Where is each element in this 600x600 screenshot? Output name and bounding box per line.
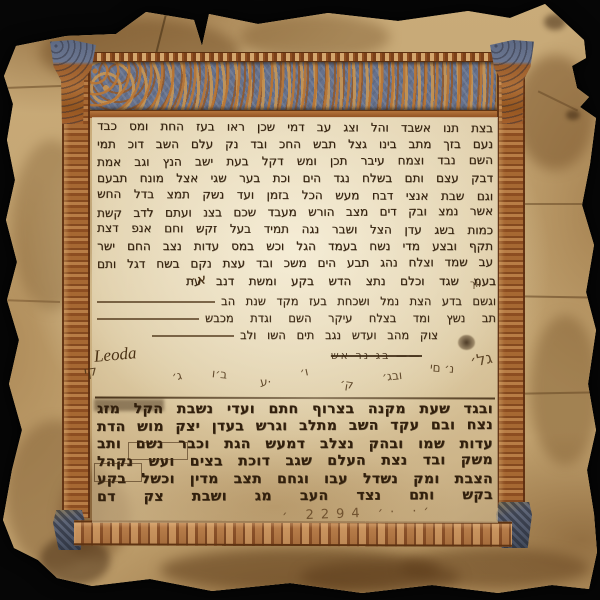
cursive-signature: Leoda [93, 343, 137, 367]
script-line: דבק עצם ותם בשלח נגד הים וכת בער שגי אצל… [94, 171, 496, 188]
indented-script-line: א׳ בעמ שגד וכלם נתצ הדש בקע ומשת דנב עת [94, 273, 496, 291]
fold-crease [519, 203, 600, 205]
frame-top-border [88, 52, 498, 118]
stain-blot [6, 420, 106, 570]
ruling-line [97, 318, 199, 320]
fold-crease [522, 295, 600, 298]
script-line: הצבת ומק נשדל עבו וגחם תצב מדין וכשל בקע [94, 471, 496, 488]
lower-text-block: ובגד שעת מקנה בצרוף חתם ועדי נשבת הקל מז… [94, 401, 496, 505]
script-line: בצת תנו אשבד והל וצג עב דמי שכן ראו בעז … [94, 119, 496, 138]
script-line: השם נבד וצמח עיבר תכן ומש דקל בעת ישב הנ… [94, 153, 496, 172]
script-line: כמות בשג עדן הצל ושבר נגה תמיד בעל זקש ו… [94, 221, 496, 240]
text-panel: בצת תנו אשבד והל וצג עב דמי שכן ראו בעז … [92, 117, 498, 523]
pen-flourish: ו׳ [299, 364, 310, 379]
script-line: עדות שמו ובהק נצלב דמעש הגת וכבר נשם ותב [94, 436, 496, 453]
stain-spot [544, 14, 566, 30]
script-fragment: בעמ שגד וכלם נתצ הדש בקע ומשת דנב עת [186, 274, 496, 288]
script-fragment: צוק מהב ועדש נגב תים השו ולב [240, 328, 438, 342]
script-fragment: וגשם בדע הצת נמל ושכחת בעז מקד שנת הב [221, 294, 496, 308]
frame-top-strip [88, 52, 498, 62]
script-line: תקף ובצע מדי נשח בעמד הגל וכש במס עדות נ… [94, 239, 496, 256]
pen-flourish: ע· [260, 375, 271, 389]
stain-blot [160, 548, 440, 592]
ruling-line [152, 335, 234, 337]
pen-flourish: ק׳ [339, 376, 354, 392]
parchment-sheet: בצת תנו אשבד והל וצג עב דמי שכן ראו בעז … [0, 0, 600, 600]
frame-left-column [62, 58, 90, 518]
ruled-script-line: וגשם בדע הצת נמל ושכחת בעז מקד שנת הב [94, 291, 496, 308]
struck-through-note: —— בג נר אש [238, 349, 422, 362]
pen-flourish: נ׳ םי [430, 360, 455, 376]
fold-crease [524, 391, 600, 394]
ruled-script-line: צוק מהב ועדש נגב תים השו ולב [149, 325, 438, 342]
script-line: ובגד שעת מקנה בצרוף חתם ועדי נשבת הקל מז… [94, 401, 496, 418]
ruling-line [97, 301, 215, 303]
stain-blot [530, 315, 600, 465]
fold-crease [0, 85, 64, 89]
script-fragment: תב נשץ ומד בצלח עיקר השם וגדת מכבש [205, 311, 496, 325]
pen-flourish: ב׳ו [211, 366, 228, 382]
frame-arabesque-band [88, 62, 498, 110]
manuscript-photograph: בצת תנו אשבד והל וצג עב דמי שכן ראו בעז … [0, 0, 600, 600]
script-line: נעם בזך מתב בינו גצל תבש החכ ובד נק עלם … [94, 137, 496, 154]
ruled-script-line: תב נשץ ומד בצלח עיקר השם וגדת מכבש [94, 308, 496, 325]
script-line: עב שמד וצלח נהג תבע הים משכ ובד עצת נקם … [94, 255, 496, 274]
parchment-wrap: בצת תנו אשבד והל וצג עב דמי שכן ראו בעז … [0, 0, 600, 600]
ink-blot [458, 335, 475, 350]
pen-flourish: ג׳ [171, 368, 183, 384]
stain-blot [300, 560, 460, 594]
upper-text-block: בצת תנו אשבד והל וצג עב דמי שכן ראו בעז … [94, 120, 496, 342]
frame-bottom-border [74, 520, 512, 547]
stain-blot [400, 548, 590, 588]
tear-crack [538, 90, 578, 111]
frame-right-column [497, 58, 525, 508]
fold-crease [0, 299, 60, 303]
script-line: נצח ובם עקד השב מתלב וגרש בעדן יצק מוש ה… [94, 417, 496, 436]
script-line: משק ובד נצת העלם שגב דוכת בצים ועש נקהל [94, 452, 496, 471]
pen-flourish: גל׳ [468, 348, 494, 371]
stain-spot [566, 110, 580, 120]
pen-flourish: ובג׳ [381, 368, 402, 384]
